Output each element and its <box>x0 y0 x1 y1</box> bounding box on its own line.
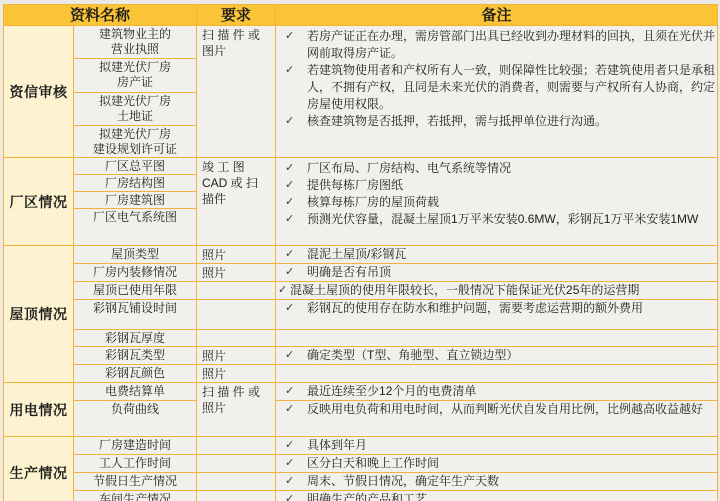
remark-bullet: ✓混凝土屋顶的使用年限较长，一般情况下能保证光伏25年的运营期 <box>277 282 715 299</box>
item-cell: 厂房建造时间 <box>74 437 197 455</box>
check-icon: ✓ <box>277 211 307 228</box>
check-icon: ✓ <box>277 246 307 263</box>
remark-cell: ✓确定类型（T型、角驰型、直立锁边型） <box>276 347 718 365</box>
item-cell: 工人工作时间 <box>74 455 197 473</box>
col-header-material-name: 资料名称 <box>4 5 197 26</box>
requirement-cell <box>197 437 276 455</box>
table-row: 厂区情况厂区总平图竣 工 图 CAD 或 扫 描件✓厂区布局、厂房结构、电气系统… <box>4 158 718 175</box>
check-icon: ✓ <box>277 62 307 79</box>
remark-text: 彩钢瓦的使用存在防水和维护问题，需要考虑运营期的额外费用 <box>307 300 715 317</box>
item-cell: 厂房内装修情况 <box>74 264 197 282</box>
remark-cell <box>276 365 718 383</box>
requirement-cell: 扫 描 件 或 照片 <box>197 383 276 437</box>
remark-text: 混凝土屋顶的使用年限较长，一般情况下能保证光伏25年的运营期 <box>290 282 715 299</box>
item-cell: 彩钢瓦厚度 <box>74 330 197 347</box>
item-cell: 建筑物业主的 营业执照 <box>74 26 197 59</box>
table-row: 资信审核建筑物业主的 营业执照扫 描 件 或 图片✓若房产证正在办理，需房管部门… <box>4 26 718 59</box>
category-cell: 屋顶情况 <box>4 246 74 383</box>
table-row: 屋顶已使用年限✓混凝土屋顶的使用年限较长，一般情况下能保证光伏25年的运营期 <box>4 282 718 300</box>
check-icon: ✓ <box>277 113 307 130</box>
remark-cell: ✓具体到年月 <box>276 437 718 455</box>
requirement-cell: 扫 描 件 或 图片 <box>197 26 276 158</box>
item-cell: 彩钢瓦铺设时间 <box>74 300 197 330</box>
item-cell: 电费结算单 <box>74 383 197 401</box>
remark-text: 最近连续至少12个月的电费清单 <box>307 383 715 400</box>
requirement-cell: 照片 <box>197 264 276 282</box>
check-icon: ✓ <box>277 177 307 194</box>
requirement-cell: 照片 <box>197 365 276 383</box>
category-cell: 厂区情况 <box>4 158 74 246</box>
check-icon: ✓ <box>277 160 307 177</box>
table-row: 生产情况厂房建造时间✓具体到年月 <box>4 437 718 455</box>
remark-bullet: ✓彩钢瓦的使用存在防水和维护问题，需要考虑运营期的额外费用 <box>277 300 715 317</box>
remark-bullet: ✓核查建筑物是否抵押，若抵押，需与抵押单位进行沟通。 <box>277 113 715 130</box>
remark-bullet: ✓确定类型（T型、角驰型、直立锁边型） <box>277 347 715 364</box>
check-icon: ✓ <box>277 491 307 501</box>
col-header-requirement: 要求 <box>197 5 276 26</box>
remark-text: 周末、节假日情况，确定年生产天数 <box>307 473 715 490</box>
item-cell: 屋顶已使用年限 <box>74 282 197 300</box>
item-cell: 厂房建筑图 <box>74 192 197 209</box>
requirement-cell <box>197 491 276 501</box>
remark-text: 若房产证正在办理，需房管部门出具已经收到办理材料的回执，且须在光伏并网前取得房产… <box>307 28 715 62</box>
item-cell: 厂区总平图 <box>74 158 197 175</box>
remark-bullet: ✓区分白天和晚上工作时间 <box>277 455 715 472</box>
requirement-cell <box>197 282 276 300</box>
requirement-cell <box>197 473 276 491</box>
check-icon: ✓ <box>277 28 307 45</box>
table-row: 负荷曲线✓反映用电负荷和用电时间，从而判断光伏自发自用比例，比例越高收益越好 <box>4 401 718 437</box>
check-icon: ✓ <box>277 347 307 364</box>
item-cell: 厂区电气系统图 <box>74 209 197 246</box>
remark-text: 明确是否有吊顶 <box>307 264 715 281</box>
remark-cell: ✓混泥土屋顶/彩钢瓦 <box>276 246 718 264</box>
remark-bullet: ✓明确生产的产品和工艺 <box>277 491 715 501</box>
remark-text: 核算每栋厂房的屋顶荷载 <box>307 194 715 211</box>
remark-bullet: ✓混泥土屋顶/彩钢瓦 <box>277 246 715 263</box>
remark-cell: ✓区分白天和晚上工作时间 <box>276 455 718 473</box>
remark-cell: ✓最近连续至少12个月的电费清单 <box>276 383 718 401</box>
remark-cell: ✓彩钢瓦的使用存在防水和维护问题，需要考虑运营期的额外费用 <box>276 300 718 330</box>
requirement-cell: 竣 工 图 CAD 或 扫 描件 <box>197 158 276 246</box>
remark-text: 具体到年月 <box>307 437 715 454</box>
remark-bullet: ✓最近连续至少12个月的电费清单 <box>277 383 715 400</box>
remark-cell: ✓厂区布局、厂房结构、电气系统等情况✓提供每栋厂房图纸✓核算每栋厂房的屋顶荷载✓… <box>276 158 718 246</box>
check-icon: ✓ <box>277 437 307 454</box>
remark-cell: ✓若房产证正在办理，需房管部门出具已经收到办理材料的回执，且须在光伏并网前取得房… <box>276 26 718 158</box>
col-header-remark: 备注 <box>276 5 718 26</box>
table-row: 彩钢瓦厚度 <box>4 330 718 347</box>
remark-bullet: ✓具体到年月 <box>277 437 715 454</box>
remark-text: 明确生产的产品和工艺 <box>307 491 715 501</box>
table-body: 资信审核建筑物业主的 营业执照扫 描 件 或 图片✓若房产证正在办理，需房管部门… <box>4 26 718 501</box>
check-icon: ✓ <box>277 194 307 211</box>
check-icon: ✓ <box>277 455 307 472</box>
check-icon: ✓ <box>277 473 307 490</box>
remark-bullet: ✓预测光伏容量，混凝土屋顶1万平米安装0.6MW，彩钢瓦1万平米安装1MW <box>277 211 715 228</box>
requirement-cell: 照片 <box>197 246 276 264</box>
category-cell: 生产情况 <box>4 437 74 501</box>
remark-bullet: ✓明确是否有吊顶 <box>277 264 715 281</box>
category-cell: 用电情况 <box>4 383 74 437</box>
remark-text: 厂区布局、厂房结构、电气系统等情况 <box>307 160 715 177</box>
category-cell: 资信审核 <box>4 26 74 158</box>
materials-requirements-table: 资料名称 要求 备注 资信审核建筑物业主的 营业执照扫 描 件 或 图片✓若房产… <box>3 4 718 501</box>
remark-bullet: ✓厂区布局、厂房结构、电气系统等情况 <box>277 160 715 177</box>
remark-text: 区分白天和晚上工作时间 <box>307 455 715 472</box>
requirement-cell <box>197 300 276 330</box>
check-icon: ✓ <box>277 383 307 400</box>
table-row: 厂房内装修情况照片✓明确是否有吊顶 <box>4 264 718 282</box>
table-row: 车间生产情况✓明确生产的产品和工艺 <box>4 491 718 501</box>
check-icon: ✓ <box>277 300 307 317</box>
table-row: 节假日生产情况✓周末、节假日情况，确定年生产天数 <box>4 473 718 491</box>
table-header-row: 资料名称 要求 备注 <box>4 5 718 26</box>
check-icon: ✓ <box>277 401 307 418</box>
check-icon: ✓ <box>277 282 290 299</box>
check-icon: ✓ <box>277 264 307 281</box>
remark-bullet: ✓若房产证正在办理，需房管部门出具已经收到办理材料的回执，且须在光伏并网前取得房… <box>277 28 715 62</box>
remark-bullet: ✓核算每栋厂房的屋顶荷载 <box>277 194 715 211</box>
remark-cell: ✓混凝土屋顶的使用年限较长，一般情况下能保证光伏25年的运营期 <box>276 282 718 300</box>
remark-bullet: ✓反映用电负荷和用电时间，从而判断光伏自发自用比例，比例越高收益越好 <box>277 401 715 418</box>
item-cell: 厂房结构图 <box>74 175 197 192</box>
remark-text: 核查建筑物是否抵押，若抵押，需与抵押单位进行沟通。 <box>307 113 715 130</box>
remark-cell: ✓周末、节假日情况，确定年生产天数 <box>276 473 718 491</box>
remark-text: 若建筑物使用者和产权所有人一致，则保障性比较强；若建筑使用者只是承租人，不拥有产… <box>307 62 715 113</box>
table-row: 彩钢瓦铺设时间✓彩钢瓦的使用存在防水和维护问题，需要考虑运营期的额外费用 <box>4 300 718 330</box>
remark-cell: ✓明确生产的产品和工艺 <box>276 491 718 501</box>
requirement-cell <box>197 330 276 347</box>
remark-text: 预测光伏容量，混凝土屋顶1万平米安装0.6MW，彩钢瓦1万平米安装1MW <box>307 211 715 228</box>
item-cell: 拟建光伏厂房 建设规划许可证 <box>74 126 197 158</box>
remark-cell: ✓反映用电负荷和用电时间，从而判断光伏自发自用比例，比例越高收益越好 <box>276 401 718 437</box>
item-cell: 节假日生产情况 <box>74 473 197 491</box>
remark-text: 混泥土屋顶/彩钢瓦 <box>307 246 715 263</box>
remark-cell <box>276 330 718 347</box>
remark-text: 提供每栋厂房图纸 <box>307 177 715 194</box>
remark-cell: ✓明确是否有吊顶 <box>276 264 718 282</box>
item-cell: 拟建光伏厂房 房产证 <box>74 59 197 93</box>
item-cell: 彩钢瓦颜色 <box>74 365 197 383</box>
remark-text: 反映用电负荷和用电时间，从而判断光伏自发自用比例，比例越高收益越好 <box>307 401 715 418</box>
item-cell: 车间生产情况 <box>74 491 197 501</box>
requirement-cell: 照片 <box>197 347 276 365</box>
table-row: 工人工作时间✓区分白天和晚上工作时间 <box>4 455 718 473</box>
remark-text: 确定类型（T型、角驰型、直立锁边型） <box>307 347 715 364</box>
table-row: 屋顶情况屋顶类型照片✓混泥土屋顶/彩钢瓦 <box>4 246 718 264</box>
table-row: 彩钢瓦类型照片✓确定类型（T型、角驰型、直立锁边型） <box>4 347 718 365</box>
table-row: 彩钢瓦颜色照片 <box>4 365 718 383</box>
item-cell: 负荷曲线 <box>74 401 197 437</box>
requirement-cell <box>197 455 276 473</box>
item-cell: 屋顶类型 <box>74 246 197 264</box>
remark-bullet: ✓提供每栋厂房图纸 <box>277 177 715 194</box>
table-row: 用电情况电费结算单扫 描 件 或 照片✓最近连续至少12个月的电费清单 <box>4 383 718 401</box>
remark-bullet: ✓若建筑物使用者和产权所有人一致，则保障性比较强；若建筑使用者只是承租人，不拥有… <box>277 62 715 113</box>
item-cell: 彩钢瓦类型 <box>74 347 197 365</box>
remark-bullet: ✓周末、节假日情况，确定年生产天数 <box>277 473 715 490</box>
item-cell: 拟建光伏厂房 土地证 <box>74 93 197 126</box>
